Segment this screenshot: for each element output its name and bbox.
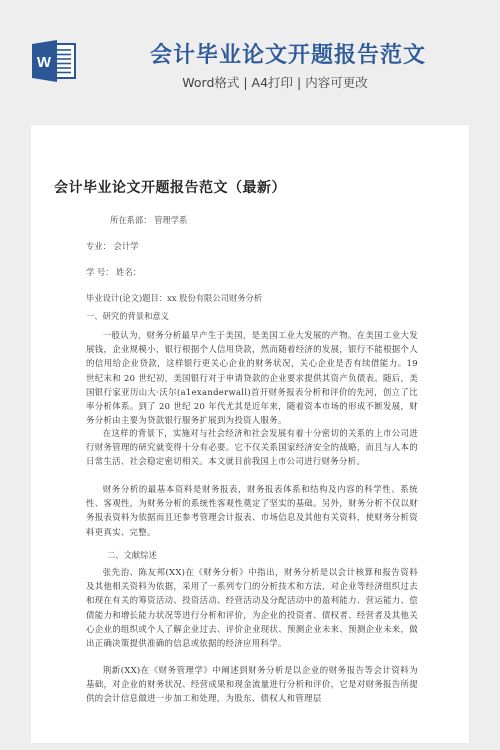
document-page: 会计毕业论文开题报告范文（最新） 所在系部： 管理学系 专业： 会计学 学 号：… (31, 125, 469, 743)
header-banner: W 会计毕业论文开题报告范文 Word格式 | A4打印 | 内容可更改 (0, 0, 500, 120)
paragraph: 财务分析的最基本资料是财务报表，财务报表体系和结构及内容的科学性、系统性、客观性… (86, 482, 418, 539)
word-document-icon: W (31, 40, 77, 82)
paragraph: 一般认为，财务分析最早产生于美国，是美国工业大发展的产物。在美国工业大发展钱，企… (86, 328, 418, 427)
banner-subtitle: Word格式 | A4打印 | 内容可更改 (150, 74, 400, 92)
meta-topic: 毕业设计(论文)题目：xx 股份有限公司财务分析 (86, 292, 262, 304)
svg-text:W: W (37, 54, 52, 71)
paragraph: 在这样的背景下，实施对与社会经济和社会发展有着十分密切的关系的上市公司进行财务管… (86, 426, 418, 469)
banner-title: 会计毕业论文开题报告范文 (150, 42, 400, 70)
meta-department: 所在系部： 管理学系 (110, 214, 187, 226)
document-title: 会计毕业论文开题报告范文（最新） (54, 177, 286, 197)
section-heading-background: 一、研究的背景和意义 (86, 310, 169, 322)
meta-student: 学 号： 姓名： (86, 266, 141, 278)
meta-major: 专业： 会计学 (86, 240, 138, 252)
paragraph: 张先治、陈友邦(XX)在《财务分析》中指出，财务分析是以会计核算和报告资料及其他… (86, 565, 418, 650)
paragraph: 荆新(XX)在《财务管理学》中阐述到财务分析是以企业的财务报告等会计资料为基础，… (86, 663, 418, 706)
section-heading-literature: 二、文献综述 (107, 549, 157, 561)
